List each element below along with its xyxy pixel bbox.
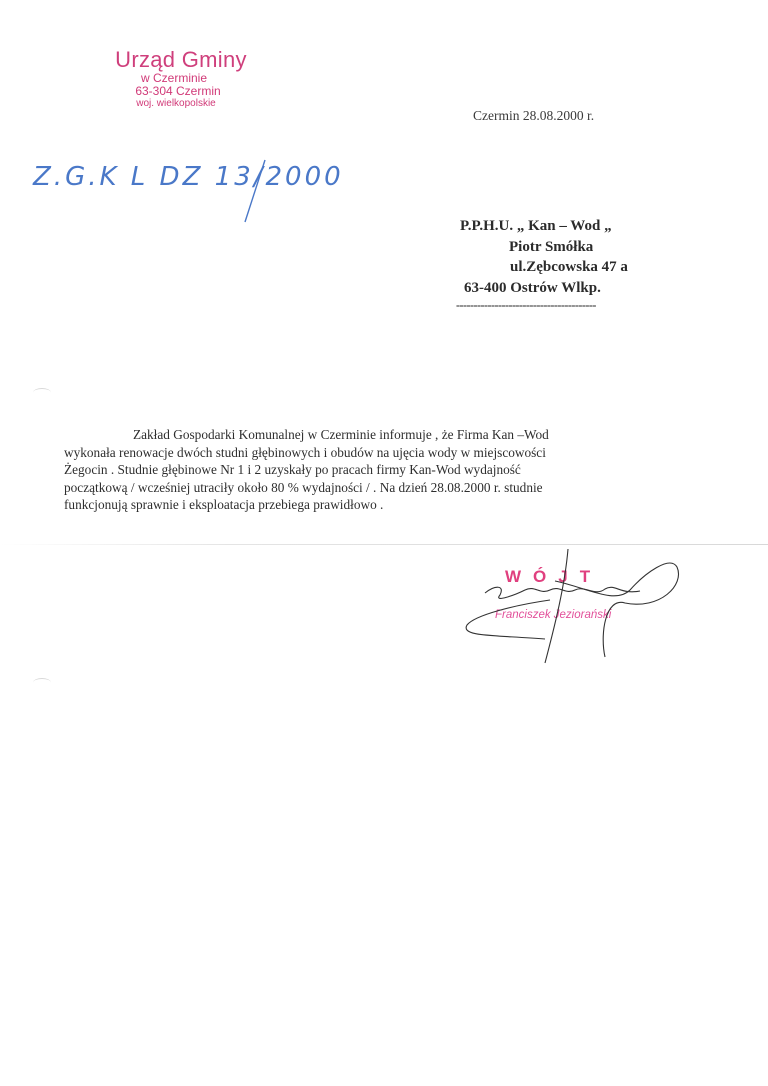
recipient-company: P.P.H.U. „ Kan – Wod „ [460, 216, 628, 237]
letterhead-organization: Urząd Gminy [96, 48, 266, 72]
handwritten-reference: Z.G.K L DZ 13/2000 [33, 158, 343, 230]
reference-slash-stroke [33, 158, 343, 230]
recipient-address: P.P.H.U. „ Kan – Wod „ Piotr Smółka ul.Z… [460, 216, 628, 311]
recipient-street: ul.Zębcowska 47 a [510, 257, 628, 278]
punch-hole-mark [33, 388, 51, 397]
letterhead-line-4: woj. wielkopolskie [86, 98, 266, 109]
recipient-person: Piotr Smółka [509, 237, 628, 258]
recipient-city: 63-400 Ostrów Wlkp. [464, 278, 628, 299]
handwritten-signature [455, 545, 705, 670]
body-line: Żegocin . Studnie głębinowe Nr 1 i 2 uzy… [64, 461, 664, 479]
letter-body: Zakład Gospodarki Komunalnej w Czerminie… [64, 426, 664, 514]
signature-block: WÓJT Franciszek Jeziorański [455, 545, 705, 670]
body-line: funkcjonują sprawnie i eksploatacja prze… [64, 496, 664, 514]
recipient-underline: ---------------------------------------- [456, 299, 628, 311]
letterhead-line-3: 63-304 Czermin [90, 85, 266, 98]
body-line: początkową / wcześniej utraciły około 80… [64, 479, 664, 497]
body-line: Zakład Gospodarki Komunalnej w Czerminie… [133, 426, 664, 444]
letterhead-stamp: Urząd Gminy w Czerminie 63-304 Czermin w… [96, 48, 266, 109]
letter-date: Czermin 28.08.2000 r. [473, 108, 594, 124]
body-line: wykonała renowacje dwóch studni głębinow… [64, 444, 664, 462]
punch-hole-mark [33, 678, 51, 687]
